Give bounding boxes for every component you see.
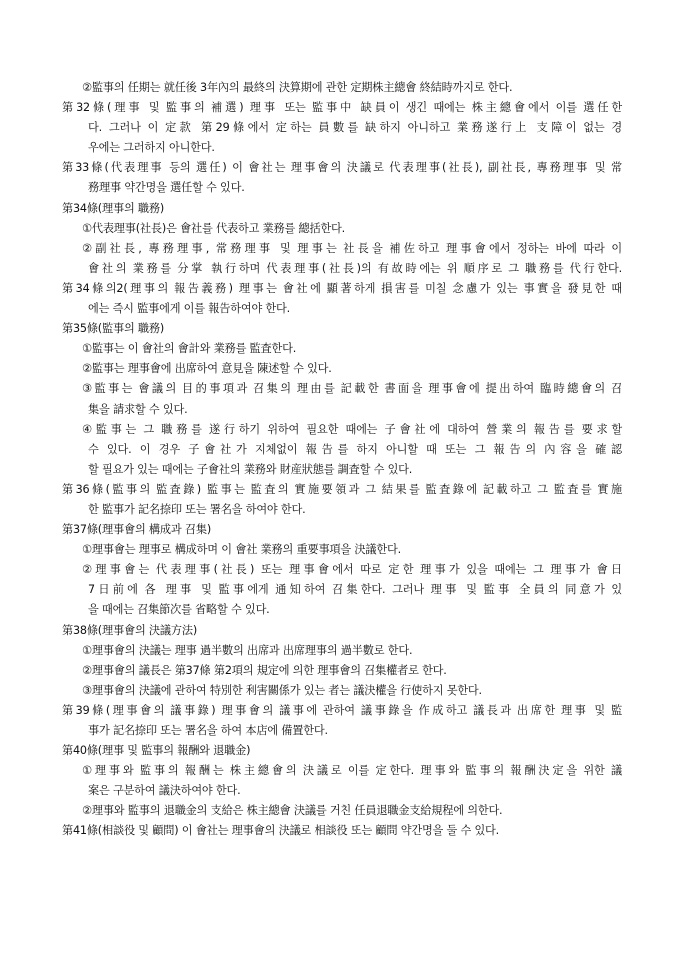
article-line: 第39條(理事會의 議事錄) 理事會의 議事에 관하여 議事錄을 作成하고 議長… (62, 701, 622, 721)
clause-line: 事가 記名捺印 또는 署名을 하여 本店에 備置한다. (62, 721, 622, 741)
clause-line: 수 있다. 이 경우 子會社가 지체없이 報告를 하지 아니할 때 또는 그 報… (62, 440, 622, 460)
article-line: 第35條(監事의 職務) (62, 319, 622, 339)
clause-line: ②理事會의 議長은 第37條 第2項의 規定에 의한 理事會의 召集權者로 한다… (62, 661, 622, 681)
article-line: 第33條(代表理事 등의 選任) 이 會社는 理事會의 決議로 代表理事(社長)… (62, 158, 622, 178)
article-line: 第34條의2(理事의 報告義務) 理事는 會社에 顯著하게 損害를 미칠 念慮가… (62, 279, 622, 299)
clause-line: ①理事會의 決議는 理事 過半數의 出席과 出席理事의 過半數로 한다. (62, 641, 622, 661)
clause-line: ①監事는 이 會社의 會計와 業務를 監査한다. (62, 339, 622, 359)
clause-line: ②副社長, 專務理事, 常務理事 및 理事는 社長을 補佐하고 理事會에서 정하… (62, 239, 622, 259)
clause-line: 集을 請求할 수 있다. (62, 400, 622, 420)
article-line: 第34條(理事의 職務) (62, 199, 622, 219)
clause-line: ②理事와 監事의 退職金의 支給은 株主總會 決議를 거친 任員退職金支給規程에… (62, 801, 622, 821)
clause-line: ①理事와 監事의 報酬는 株主總會의 決議로 이를 定한다. 理事와 監事의 報… (62, 761, 622, 781)
clause-line: 에는 즉시 監事에게 이를 報告하여야 한다. (62, 299, 622, 319)
article-line: 第40條(理事 및 監事의 報酬와 退職金) (62, 741, 622, 761)
clause-line: 한 監事가 記名捺印 또는 署名을 하여야 한다. (62, 500, 622, 520)
article-line: 第36條(監事의 監査錄) 監事는 監査의 實施要領과 그 結果를 監査錄에 記… (62, 480, 622, 500)
clause-line: 7日前에 各 理事 및 監事에게 通知하여 召集한다. 그러나 理事 및 監事 … (62, 580, 622, 600)
clause-line: 務理事 약간명을 選任할 수 있다. (62, 178, 622, 198)
clause-line: ①理事會는 理事로 構成하며 이 會社 業務의 重要事項을 決議한다. (62, 540, 622, 560)
document-page: ②監事의 任期는 就任後 3年內의 最終의 決算期에 관한 定期株主總會 終結時… (0, 0, 680, 962)
clause-line: ③監事는 會議의 目的事項과 召集의 理由를 記載한 書面을 理事會에 提出하여… (62, 379, 622, 399)
article-line: 第37條(理事會의 構成과 召集) (62, 520, 622, 540)
article-line: 第41條(相談役 및 顧問) 이 會社는 理事會의 決議로 相談役 또는 顧問 … (62, 821, 622, 841)
clause-line: 會社의 業務를 分掌 執行하며 代表理事(社長)의 有故時에는 위 順序로 그 … (62, 259, 622, 279)
article-line: 第38條(理事會의 決議方法) (62, 621, 622, 641)
clause-line: ②監事는 理事會에 出席하여 意見을 陳述할 수 있다. (62, 359, 622, 379)
clause-line: 을 때에는 召集節次를 省略할 수 있다. (62, 600, 622, 620)
clause-line: ②理事會는 代表理事(社長) 또는 理事會에서 따로 定한 理事가 있을 때에는… (62, 560, 622, 580)
clause-line: 할 필요가 있는 때에는 子會社의 業務와 財産狀態를 調査할 수 있다. (62, 460, 622, 480)
articles-body: ②監事의 任期는 就任後 3年內의 最終의 決算期에 관한 定期株主總會 終結時… (62, 78, 622, 842)
clause-line: ③理事會의 決議에 관하여 特別한 利害關係가 있는 者는 議決權을 行使하지 … (62, 681, 622, 701)
clause-line: ①代表理事(社長)은 會社를 代表하고 業務를 總括한다. (62, 219, 622, 239)
article-line: 第32條(理事 및 監事의 補選) 理事 또는 監事中 缺員이 생긴 때에는 株… (62, 98, 622, 118)
clause-line: 다. 그러나 이 定款 第29條에서 定하는 員數를 缺하지 아니하고 業務遂行… (62, 118, 622, 138)
clause-line: 案은 구분하여 議決하여야 한다. (62, 781, 622, 801)
clause-line: 우에는 그러하지 아니한다. (62, 138, 622, 158)
clause-line: ④監事는 그 職務를 遂行하기 위하여 필요한 때에는 子會社에 대하여 營業의… (62, 420, 622, 440)
clause-line: ②監事의 任期는 就任後 3年內의 最終의 決算期에 관한 定期株主總會 終結時… (62, 78, 622, 98)
